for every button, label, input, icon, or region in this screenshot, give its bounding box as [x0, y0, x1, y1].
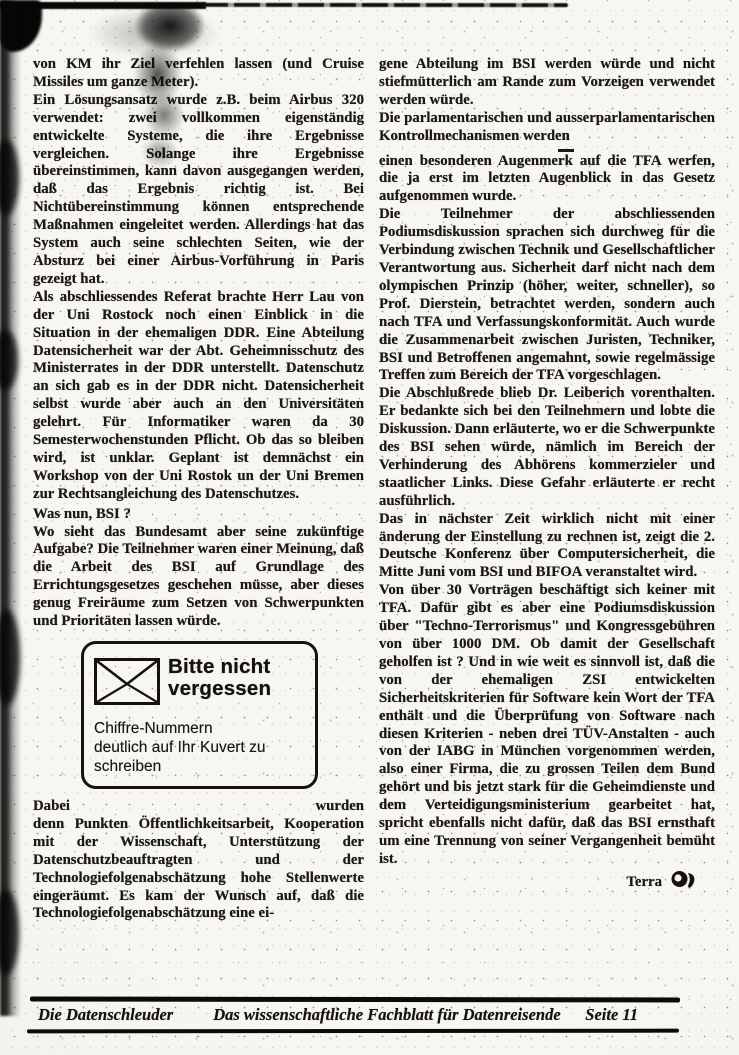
notice-box: Bitte nicht vergessen Chiffre-Nummern de… [81, 641, 318, 789]
article-column-left: von KM ihr Ziel verfehlen lassen (und Cr… [33, 56, 364, 923]
scan-artifact-spine-bump [0, 610, 20, 705]
scan-artifact-top-line [202, 3, 568, 7]
scanned-magazine-page: von KM ihr Ziel verfehlen lassen (und Cr… [0, 0, 739, 1055]
paragraph: Als abschliessendes Referat brachte Herr… [33, 289, 364, 504]
footer-rule-top [30, 997, 680, 1003]
footer-tagline: Das wissenschaftliche Fachblatt für Date… [213, 1005, 560, 1025]
paragraph: denn Punkten Öffentlichkeitsarbeit, Koop… [33, 816, 364, 923]
footer-publication-name: Die Datenschleuder [38, 1005, 173, 1025]
section-heading: Was nun, BSI ? [33, 506, 364, 524]
scan-artifact-top-bar [0, 2, 206, 9]
footer-page-number: Seite 11 [585, 1005, 638, 1025]
paragraph: von KM ihr Ziel verfehlen lassen (und Cr… [33, 56, 364, 92]
scan-artifact-spine-shadow [0, 0, 21, 1016]
paragraph: Ein Lösungsansatz wurde z.B. beim Airbus… [33, 92, 364, 289]
scan-artifact-spine-bump [0, 330, 18, 390]
author-name: Terra [626, 873, 662, 891]
article-body: von KM ihr Ziel verfehlen lassen (und Cr… [33, 56, 715, 923]
author-signature: Terra [379, 870, 715, 894]
envelope-icon [94, 656, 160, 710]
scan-artifact-corner-blob [0, 0, 42, 52]
paragraph: einen besonderen Augenmerk auf die TFA w… [379, 153, 715, 207]
notice-body: Chiffre-Nummern deutlich auf Ihr Kuvert … [94, 719, 305, 776]
paragraph: gene Abteilung im BSI werden würde und n… [379, 56, 715, 110]
article-column-right: gene Abteilung im BSI werden würde und n… [379, 56, 715, 923]
scan-artifact-spine-bump [0, 140, 19, 215]
paragraph: Das in nächster Zeit wirklich nicht mit … [379, 511, 715, 583]
scan-artifact-spine-bump [0, 890, 19, 975]
split-line-left-word: Dabei [33, 798, 70, 816]
article-end-icon [670, 870, 697, 894]
notice-body-line2: deutlich auf Ihr Kuvert zu [94, 738, 305, 757]
paragraph: Von über 30 Vorträgen beschäftigt sich k… [379, 582, 715, 869]
paragraph: Wo sieht das Bundesamt aber seine zukünf… [33, 524, 364, 631]
footer-rule-bottom [27, 1029, 679, 1034]
paragraph: Die parlamentarischen und ausserparlamen… [379, 110, 715, 146]
justified-split-line: Dabei wurden [33, 798, 364, 816]
notice-title: Bitte nicht vergessen [168, 656, 271, 700]
notice-title-line1: Bitte nicht [168, 656, 271, 678]
notice-body-line1: Chiffre-Nummern [94, 719, 305, 738]
paragraph: Die Teilnehmer der abschliessenden Podiu… [379, 206, 715, 385]
paragraph: Die Abschlußrede blieb Dr. Leiberich vor… [379, 385, 715, 510]
footer: Die Datenschleuder Das wissenschaftliche… [30, 1003, 680, 1027]
notice-body-line3: schreiben [94, 757, 305, 776]
split-line-right-word: wurden [315, 798, 364, 816]
notice-box-header: Bitte nicht vergessen [94, 656, 305, 710]
notice-title-line2: vergessen [168, 678, 271, 700]
